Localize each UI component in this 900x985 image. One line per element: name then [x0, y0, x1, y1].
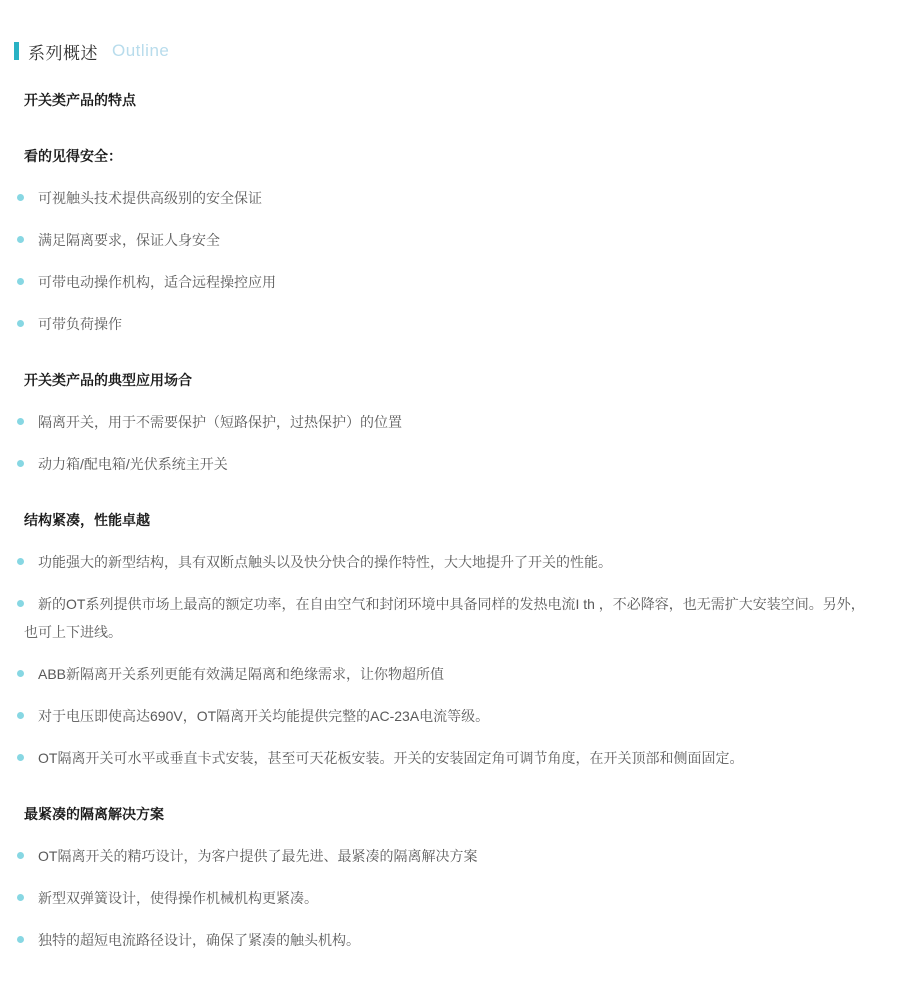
heading-product-features: 开关类产品的特点 — [24, 86, 876, 114]
bullet-list-typical-applications: 隔离开关，用于不需要保护（短路保护，过热保护）的位置 动力箱/配电箱/光伏系统主… — [0, 408, 900, 478]
heading-compact-performance: 结构紧凑，性能卓越 — [24, 506, 876, 534]
heading-typical-applications: 开关类产品的典型应用场合 — [24, 366, 876, 394]
bullet-list-compact-isolation-solution: OT隔离开关的精巧设计，为客户提供了最先进、最紧凑的隔离解决方案 新型双弹簧设计… — [0, 842, 900, 954]
accent-bar-icon — [14, 42, 19, 60]
bullet-list-compact-performance: 功能强大的新型结构，具有双断点触头以及快分快合的操作特性，大大地提升了开关的性能… — [0, 548, 900, 772]
list-item: OT隔离开关可水平或垂直卡式安装，甚至可天花板安装。开关的安装固定角可调节角度，… — [24, 744, 878, 772]
list-item: 动力箱/配电箱/光伏系统主开关 — [24, 450, 878, 478]
list-item: 对于电压即使高达690V，OT隔离开关均能提供完整的AC-23A电流等级。 — [24, 702, 878, 730]
list-item: 隔离开关，用于不需要保护（短路保护，过热保护）的位置 — [24, 408, 878, 436]
list-item: 可视触头技术提供高级别的安全保证 — [24, 184, 878, 212]
bullet-list-visible-safety: 可视触头技术提供高级别的安全保证 满足隔离要求，保证人身安全 可带电动操作机构，… — [0, 184, 900, 338]
list-item: 新的OT系列提供市场上最高的额定功率，在自由空气和封闭环境中具备同样的发热电流I… — [24, 590, 878, 646]
heading-compact-isolation-solution: 最紧凑的隔离解决方案 — [24, 800, 876, 828]
list-item: 满足隔离要求，保证人身安全 — [24, 226, 878, 254]
page-title: 系列概述 — [28, 39, 98, 64]
page-header: 系列概述 Outline — [14, 40, 900, 62]
list-item: OT隔离开关的精巧设计，为客户提供了最先进、最紧凑的隔离解决方案 — [24, 842, 878, 870]
list-item: 功能强大的新型结构，具有双断点触头以及快分快合的操作特性，大大地提升了开关的性能… — [24, 548, 878, 576]
page-subtitle: Outline — [112, 41, 169, 61]
list-item: 独特的超短电流路径设计，确保了紧凑的触头机构。 — [24, 926, 878, 954]
list-item: 新型双弹簧设计，使得操作机械机构更紧凑。 — [24, 884, 878, 912]
list-item: ABB新隔离开关系列更能有效满足隔离和绝缘需求，让你物超所值 — [24, 660, 878, 688]
list-item: 可带电动操作机构，适合远程操控应用 — [24, 268, 878, 296]
document-page: 系列概述 Outline 开关类产品的特点 看的见得安全： 可视触头技术提供高级… — [0, 0, 900, 985]
list-item: 可带负荷操作 — [24, 310, 878, 338]
heading-visible-safety: 看的见得安全： — [24, 142, 876, 170]
